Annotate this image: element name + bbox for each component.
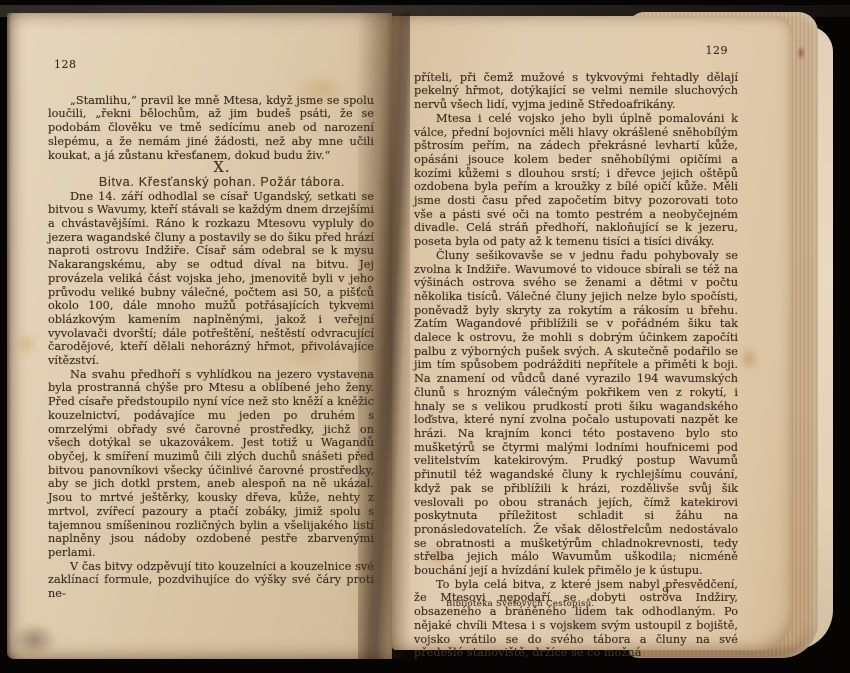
paragraph: Čluny sešikovavše se v jednu řadu pohybo… bbox=[414, 249, 738, 578]
signature-number: 9 bbox=[662, 585, 669, 598]
foxing-stain bbox=[15, 333, 37, 355]
paragraph: V čas bitvy odzpěvují tito kouzelníci a … bbox=[48, 560, 374, 601]
paragraph: příteli, při čemž mužové s tykvovými řeh… bbox=[414, 71, 738, 112]
chapter-title: Bitva. Křesťanský pohan. Požár tábora. bbox=[48, 176, 374, 190]
footer-imprint: Bibliotéka Světových Cestopisů. bbox=[446, 598, 595, 608]
page-number-left: 128 bbox=[48, 58, 374, 72]
corner-shadow-stain bbox=[11, 623, 57, 657]
foxing-stain bbox=[740, 346, 758, 372]
paragraph: Dne 14. září odhodlal se císař Ugandský,… bbox=[48, 190, 374, 368]
paragraph: Mtesa i celé vojsko jeho byli úplně poma… bbox=[414, 112, 738, 249]
book-spread-photo: 128 „Stamlihu,“ pravil ke mně Mtesa, kdy… bbox=[0, 0, 850, 673]
paragraph: To byla celá bitva, z které jsem nabyl p… bbox=[414, 578, 738, 660]
paragraph: „Stamlihu,“ pravil ke mně Mtesa, když js… bbox=[48, 94, 374, 163]
left-page-text: 128 „Stamlihu,“ pravil ke mně Mtesa, kdy… bbox=[48, 58, 374, 601]
chapter-number: X. bbox=[48, 162, 374, 176]
right-page-text: 129 příteli, při čemž mužové s tykvovými… bbox=[414, 44, 738, 660]
page-number-right: 129 bbox=[414, 44, 738, 58]
paragraph: Na svahu předhoří s vyhlídkou na jezero … bbox=[48, 368, 374, 560]
